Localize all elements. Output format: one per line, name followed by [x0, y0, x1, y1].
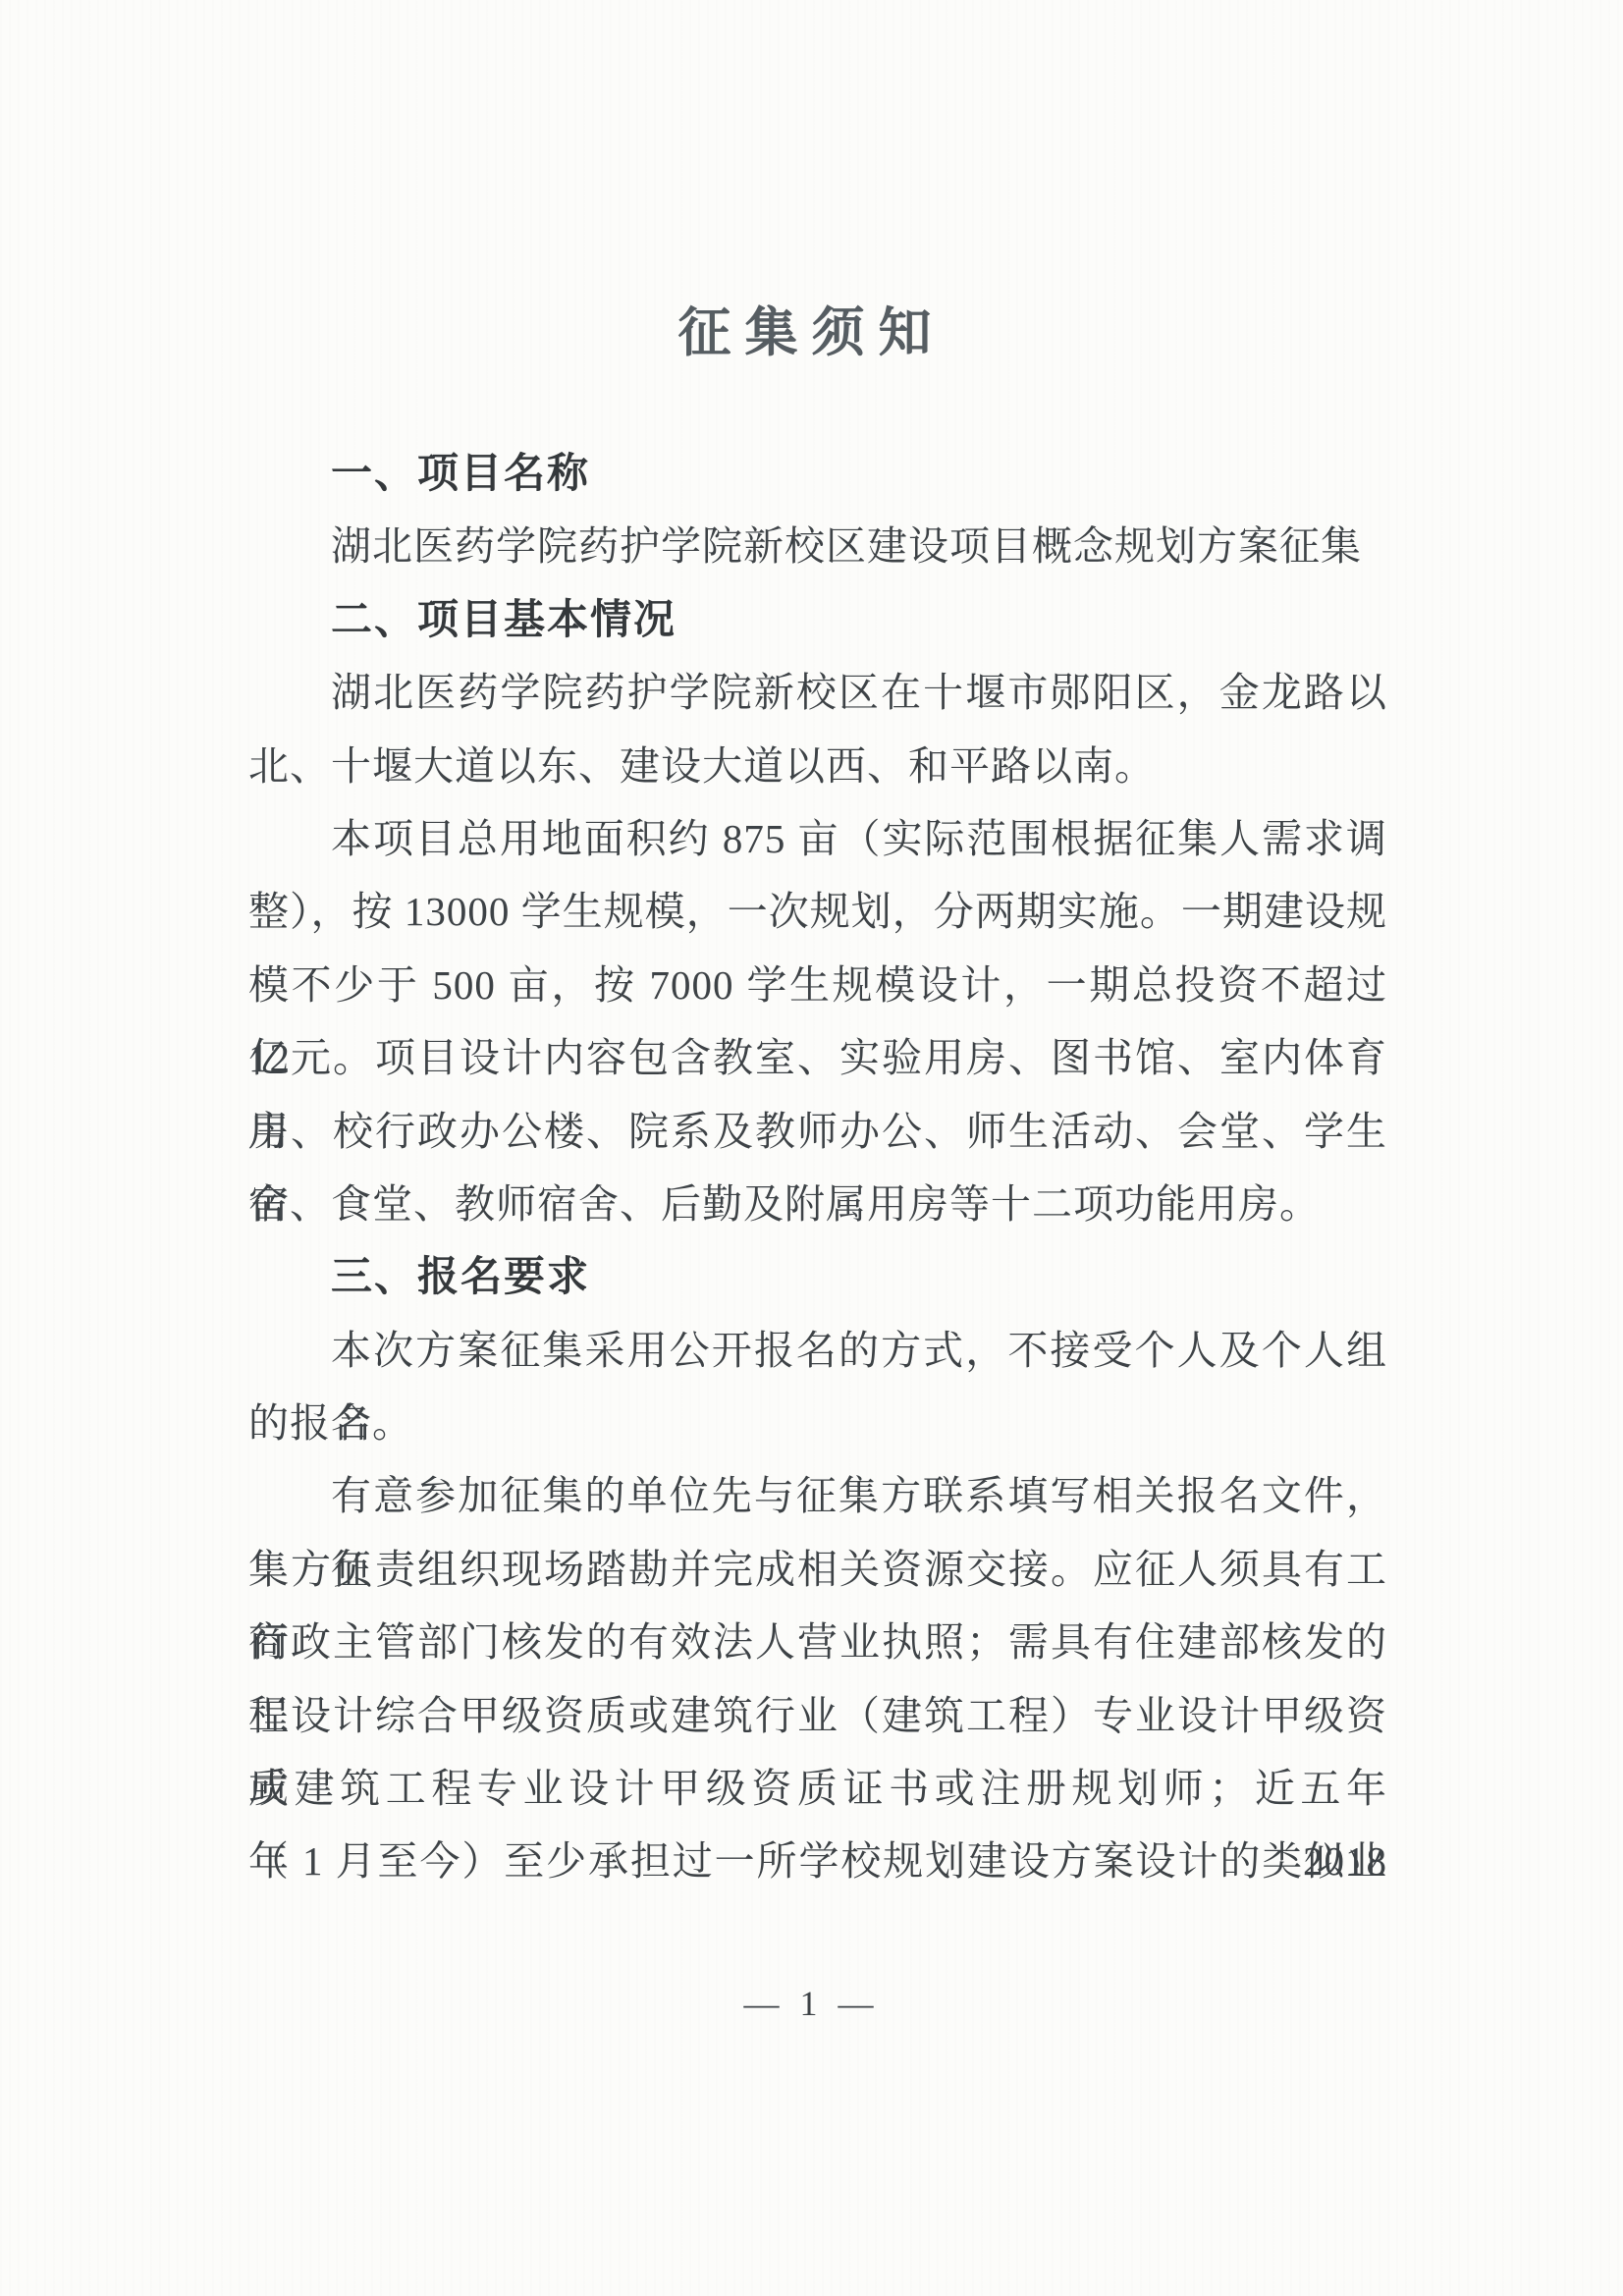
section-heading: 一、项目名称: [248, 437, 1387, 510]
body-text-line: 集方负责组织现场踏勘并完成相关资源交接。应征人须具有工商: [248, 1533, 1387, 1606]
document-body: 一、项目名称湖北医药学院药护学院新校区建设项目概念规划方案征集二、项目基本情况湖…: [248, 437, 1387, 1898]
body-text-line: 湖北医药学院药护学院新校区在十堰市郧阳区，金龙路以: [248, 656, 1387, 729]
body-text-line: 行政主管部门核发的有效法人营业执照；需具有住建部核发的工: [248, 1606, 1387, 1678]
body-text-line: 舍、食堂、教师宿舍、后勤及附属用房等十二项功能用房。: [248, 1168, 1387, 1240]
body-text-line: 整），按 13000 学生规模，一次规划，分两期实施。一期建设规: [248, 875, 1387, 948]
body-text-line: 房、校行政办公楼、院系及教师办公、师生活动、会堂、学生宿: [248, 1095, 1387, 1168]
body-text-line: 本项目总用地面积约 875 亩（实际范围根据征集人需求调: [248, 802, 1387, 875]
document-page: 征集须知 一、项目名称湖北医药学院药护学院新校区建设项目概念规划方案征集二、项目…: [0, 0, 1623, 2296]
body-text-line: 程设计综合甲级资质或建筑行业（建筑工程）专业设计甲级资质: [248, 1679, 1387, 1752]
page-title: 征集须知: [0, 291, 1623, 366]
body-text-line: 本次方案征集采用公开报名的方式，不接受个人及个人组合: [248, 1314, 1387, 1387]
body-text-line: 的报名。: [248, 1387, 1387, 1459]
body-text-line: 模不少于 500 亩，按 7000 学生规模设计，一期总投资不超过 12: [248, 949, 1387, 1021]
section-heading: 三、报名要求: [248, 1240, 1387, 1313]
section-heading: 二、项目基本情况: [248, 583, 1387, 656]
body-text-line: 或建筑工程专业设计甲级资质证书或注册规划师；近五年（2018: [248, 1752, 1387, 1825]
body-text-line: 年 1 月至今）至少承担过一所学校规划建设方案设计的类似业: [248, 1825, 1387, 1897]
body-text-line: 湖北医药学院药护学院新校区建设项目概念规划方案征集: [248, 510, 1387, 582]
body-text-line: 有意参加征集的单位先与征集方联系填写相关报名文件，征: [248, 1459, 1387, 1532]
body-text-line: 北、十堰大道以东、建设大道以西、和平路以南。: [248, 730, 1387, 802]
page-number: — 1 —: [0, 1976, 1623, 2031]
body-text-line: 亿元。项目设计内容包含教室、实验用房、图书馆、室内体育用: [248, 1021, 1387, 1094]
